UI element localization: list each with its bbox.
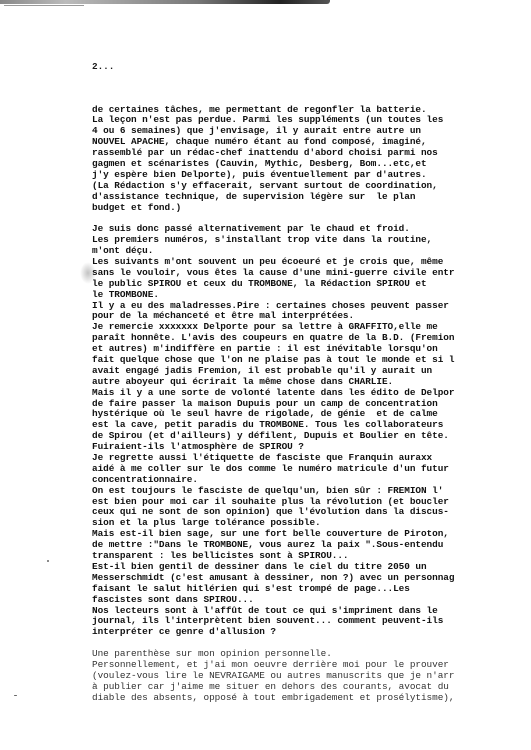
text-line: diable des absents, opposé à tout embrig…: [92, 693, 531, 704]
text-line: le TROMBONE.: [92, 290, 531, 301]
text-line: à publier car j'aime me situer en dehors…: [92, 682, 531, 693]
ink-speck: [47, 560, 49, 562]
ink-speck: [14, 695, 17, 696]
paragraph: Je suis donc passé alternativement par l…: [92, 224, 531, 638]
text-line: interpréter ce genre d'allusion ?: [92, 627, 531, 638]
body-text: de certaines tâches, me permettant de re…: [92, 105, 531, 704]
text-line: On est toujours le fasciste de quelqu'un…: [92, 486, 531, 497]
text-line: budget et fond.): [92, 203, 531, 214]
scan-edge-artifact: [0, 0, 330, 4]
text-line: d'assistance technique, de supervision l…: [92, 192, 531, 203]
paragraph: de certaines tâches, me permettant de re…: [92, 105, 531, 214]
text-line: faisant le salut hitlérien qui s'est tro…: [92, 584, 531, 595]
typewritten-page: 2... de certaines tâches, me permettant …: [92, 40, 531, 714]
paragraph: Une parenthèse sur mon opinion personnel…: [92, 649, 531, 703]
scan-edge-artifact: [4, 5, 84, 6]
page-number: 2...: [92, 62, 531, 73]
text-line: Mais il y a une sorte de volonté latente…: [92, 388, 531, 399]
text-line: fascistes sont dans SPIROU...: [92, 595, 531, 606]
text-line: Les premiers numéros, s'installant trop …: [92, 235, 531, 246]
